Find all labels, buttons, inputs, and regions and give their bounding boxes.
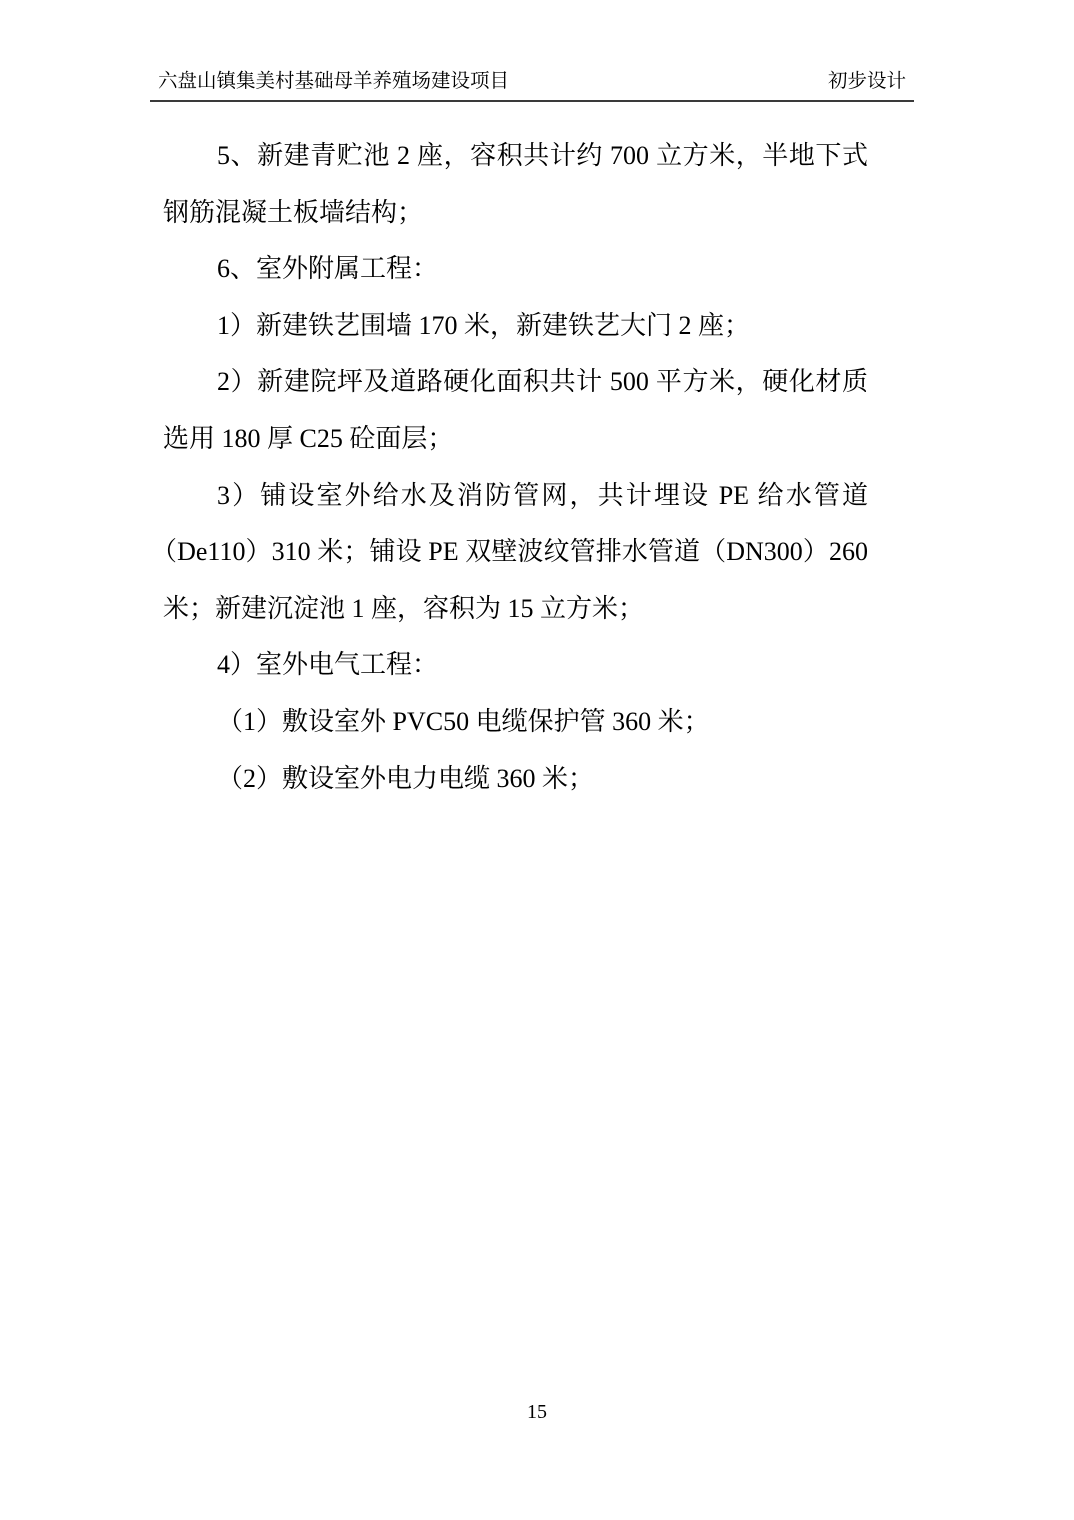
text-line: 钢筋混凝土板墙结构；	[163, 185, 868, 242]
page-number: 15	[527, 1401, 547, 1423]
text-line: 1）新建铁艺围墙 170 米，新建铁艺大门 2 座；	[163, 298, 868, 355]
text-line: 米；新建沉淀池 1 座，容积为 15 立方米；	[163, 581, 868, 638]
document-page: 六盘山镇集美村基础母羊养殖场建设项目 初步设计 5、新建青贮池 2 座，容积共计…	[0, 0, 1074, 1520]
document-body: 5、新建青贮池 2 座，容积共计约 700 立方米，半地下式钢筋混凝土板墙结构；…	[163, 128, 868, 807]
text-line: （1）敷设室外 PVC50 电缆保护管 360 米；	[163, 694, 868, 751]
header-project-title: 六盘山镇集美村基础母羊养殖场建设项目	[158, 70, 509, 94]
text-line: 3）铺设室外给水及消防管网，共计埋设 PE 给水管道	[163, 468, 868, 525]
text-line: （De110）310 米；铺设 PE 双壁波纹管排水管道（DN300）260	[151, 524, 868, 581]
text-line: 5、新建青贮池 2 座，容积共计约 700 立方米，半地下式	[163, 128, 868, 185]
header-doc-type-label: 初步设计	[828, 70, 906, 94]
page-footer: 15	[0, 1400, 1074, 1424]
text-line: （2）敷设室外电力电缆 360 米；	[163, 751, 868, 808]
text-line: 6、室外附属工程：	[163, 241, 868, 298]
page-header: 六盘山镇集美村基础母羊养殖场建设项目 初步设计	[150, 70, 914, 102]
text-line: 选用 180 厚 C25 砼面层；	[163, 411, 868, 468]
text-line: 2）新建院坪及道路硬化面积共计 500 平方米，硬化材质	[163, 354, 868, 411]
text-line: 4）室外电气工程：	[163, 637, 868, 694]
